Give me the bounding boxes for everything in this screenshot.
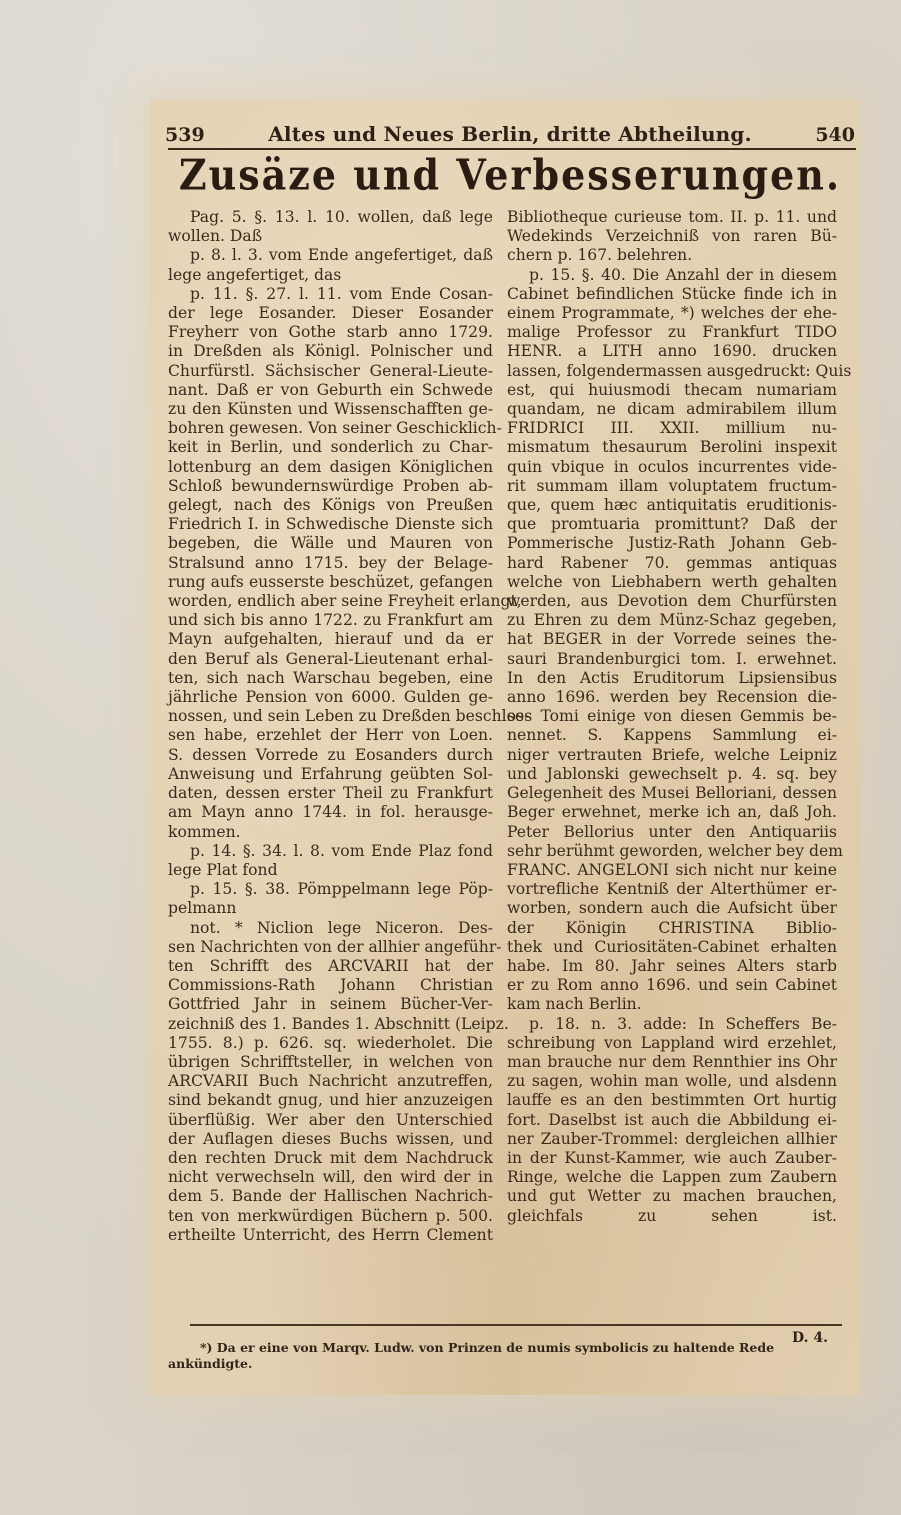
text-line: gleichfals zu sehen ist. [507,1207,837,1226]
text-line: ses Tomi einige von diesen Gemmis be- [507,707,837,726]
text-line: sauri Brandenburgici tom. I. erwehnet. [507,650,837,669]
text-line: Ringe, welche die Lappen zum Zaubern [507,1168,837,1187]
text-line: FRANC. ANGELONI sich nicht nur keine [507,861,837,880]
text-line: Schloß bewundernswürdige Proben ab- [168,477,493,496]
text-line: bohren gewesen. Von seiner Geschicklich- [168,419,493,438]
text-line: anno 1696. werden bey Recension die- [507,688,837,707]
right-page-number: 540 [815,124,855,146]
text-line: pelmann [168,899,493,918]
text-line: sen Nachrichten von der allhier angeführ… [168,938,493,957]
text-line: p. 15. §. 40. Die Anzahl der in diesem [507,266,837,285]
text-line: dem 5. Bande der Hallischen Nachrich- [168,1187,493,1206]
text-line: zu den Künsten und Wissenschafften ge- [168,400,493,419]
text-line: nicht verwechseln will, den wird der in [168,1168,493,1187]
text-line: ten Schrifft des ARCVARII hat der [168,957,493,976]
text-line: rit summam illam voluptatem fructum- [507,477,837,496]
text-line: hard Rabener 70. gemmas antiquas [507,554,837,573]
text-line: übrigen Schrifftsteller, in welchen von [168,1053,493,1072]
text-line: chern p. 167. belehren. [507,246,837,265]
text-line: kam nach Berlin. [507,995,837,1014]
running-title: Altes und Neues Berlin, dritte Abtheilun… [268,122,752,146]
text-line: p. 11. §. 27. l. 11. vom Ende Cosan- [168,285,493,304]
text-line: worden, endlich aber seine Freyheit erla… [168,592,493,611]
text-line: HENR. a LITH anno 1690. drucken [507,342,837,361]
footnote-rule [190,1324,842,1326]
text-line: einem Programmate, *) welches der ehe- [507,304,837,323]
text-line: lege Plat fond [168,861,493,880]
text-line: vortrefliche Kentniß der Alterthümer er- [507,880,837,899]
text-line: ten von merkwürdigen Büchern p. 500. [168,1207,493,1226]
text-line: kommen. [168,823,493,842]
text-line: sind bekandt gnug, und hier anzuzeigen [168,1091,493,1110]
text-line: lottenburg an dem dasigen Königlichen [168,458,493,477]
text-line: Cabinet befindlichen Stücke finde ich in [507,285,837,304]
text-line: gelegt, nach des Königs von Preußen [168,496,493,515]
text-line: worben, sondern auch die Aufsicht über [507,899,837,918]
text-line: Stralsund anno 1715. bey der Belage- [168,554,493,573]
text-line: est, qui huiusmodi thecam numariam [507,381,837,400]
text-line: Friedrich I. in Schwedische Dienste sich [168,515,493,534]
text-line: lassen, folgendermassen ausgedruckt: Qui… [507,362,837,381]
text-line: S. dessen Vorrede zu Eosanders durch [168,746,493,765]
section-title: Zusäze und Verbesserungen. [160,150,860,200]
text-line: den rechten Druck mit dem Nachdruck [168,1149,493,1168]
text-line: ertheilte Unterricht, des Herrn Clement [168,1226,493,1245]
text-line: schreibung von Lappland wird erzehlet, [507,1034,837,1053]
text-line: wollen. Daß [168,227,493,246]
text-line: nant. Daß er von Geburth ein Schwede [168,381,493,400]
text-line: und gut Wetter zu machen brauchen, [507,1187,837,1206]
text-line: lege angefertiget, das [168,266,493,285]
text-line: in der Kunst-Kammer, wie auch Zauber- [507,1149,837,1168]
text-line: nennet. S. Kappens Sammlung ei- [507,726,837,745]
text-line: begeben, die Wälle und Mauren von [168,534,493,553]
text-line: jährliche Pension von 6000. Gulden ge- [168,688,493,707]
text-line: sehr berühmt geworden, welcher bey dem [507,842,837,861]
text-line: der Königin CHRISTINA Biblio- [507,919,837,938]
text-line: Wedekinds Verzeichniß von raren Bü- [507,227,837,246]
text-line: p. 8. l. 3. vom Ende angefertiget, daß [168,246,493,265]
text-line: keit in Berlin, und sonderlich zu Char- [168,438,493,457]
text-line: malige Professor zu Frankfurt TIDO [507,323,837,342]
text-line: FRIDRICI III. XXII. millium nu- [507,419,837,438]
text-line: und sich bis anno 1722. zu Frankfurt am [168,611,493,630]
text-line: fort. Daselbst ist auch die Abbildung ei… [507,1111,837,1130]
text-line: niger vertrauten Briefe, welche Leipniz [507,746,837,765]
text-line: ARCVARII Buch Nachricht anzutreffen, [168,1072,493,1091]
text-line: Beger erwehnet, merke ich an, daß Joh. [507,803,837,822]
text-line: quin vbique in oculos incurrentes vide- [507,458,837,477]
text-line: Pag. 5. §. 13. l. 10. wollen, daß lege [168,208,493,227]
text-line: not. * Niclion lege Niceron. Des- [168,919,493,938]
text-line: man brauche nur dem Rennthier ins Ohr [507,1053,837,1072]
text-line: habe. Im 80. Jahr seines Alters starb [507,957,837,976]
text-line: am Mayn anno 1744. in fol. herausge- [168,803,493,822]
text-line: 1755. 8.) p. 626. sq. wiederholet. Die [168,1034,493,1053]
text-line: p. 14. §. 34. l. 8. vom Ende Plaz fond [168,842,493,861]
text-line: hat BEGER in der Vorrede seines the- [507,630,837,649]
text-line: welche von Liebhabern werth gehalten [507,573,837,592]
text-line: ten, sich nach Warschau begeben, eine [168,669,493,688]
text-line: Freyherr von Gothe starb anno 1729. [168,323,493,342]
text-line: Gottfried Jahr in seinem Bücher-Ver- [168,995,493,1014]
text-line: in Dreßden als Königl. Polnischer und [168,342,493,361]
text-line: der lege Eosander. Dieser Eosander [168,304,493,323]
text-line: p. 15. §. 38. Pömppelmann lege Pöp- [168,880,493,899]
text-line: Pommerische Justiz-Rath Johann Geb- [507,534,837,553]
text-line: Peter Bellorius unter den Antiquariis [507,823,837,842]
text-line: rung aufs eusserste beschüzet, gefangen [168,573,493,592]
text-line: werden, aus Devotion dem Churfürsten [507,592,837,611]
footnote-line-2: ankündigte. [168,1356,838,1372]
text-line: ner Zauber-Trommel: dergleichen allhier [507,1130,837,1149]
text-line: Commissions-Rath Johann Christian [168,976,493,995]
text-line: sen habe, erzehlet der Herr von Loen. [168,726,493,745]
footnote-line-1: *) Da er eine von Marqv. Ludw. von Prinz… [168,1340,838,1356]
text-line: quandam, ne dicam admirabilem illum [507,400,837,419]
text-line: In den Actis Eruditorum Lipsiensibus [507,669,837,688]
text-line: Bibliotheque curieuse tom. II. p. 11. un… [507,208,837,227]
text-line: que promtuaria promittunt? Daß der [507,515,837,534]
text-line: überflüßig. Wer aber den Unterschied [168,1111,493,1130]
text-line: daten, dessen erster Theil zu Frankfurt [168,784,493,803]
text-line: der Auflagen dieses Buchs wissen, und [168,1130,493,1149]
text-line: lauffe es an den bestimmten Ort hurtig [507,1091,837,1110]
text-line: Anweisung und Erfahrung geübten Sol- [168,765,493,784]
text-line: Mayn aufgehalten, hierauf und da er [168,630,493,649]
text-line: zu sagen, wohin man wolle, und alsdenn [507,1072,837,1091]
text-line: nossen, und sein Leben zu Dreßden beschl… [168,707,493,726]
left-page-number: 539 [165,124,205,146]
running-head: 539 Altes und Neues Berlin, dritte Abthe… [165,112,855,146]
text-line: Gelegenheit des Musei Belloriani, dessen [507,784,837,803]
text-line: mismatum thesaurum Berolini inspexit [507,438,837,457]
text-line: er zu Rom anno 1696. und sein Cabinet [507,976,837,995]
text-line: Churfürstl. Sächsischer General-Lieute- [168,362,493,381]
footnote: *) Da er eine von Marqv. Ludw. von Prinz… [168,1340,838,1372]
right-column: Bibliotheque curieuse tom. II. p. 11. un… [507,208,837,1226]
text-line: que, quem hæc antiquitatis eruditionis- [507,496,837,515]
text-line: und Jablonski gewechselt p. 4. sq. bey [507,765,837,784]
left-column: Pag. 5. §. 13. l. 10. wollen, daß legewo… [168,208,493,1245]
text-line: thek und Curiositäten-Cabinet erhalten [507,938,837,957]
text-line: zu Ehren zu dem Münz-Schaz gegeben, [507,611,837,630]
text-line: p. 18. n. 3. adde: In Scheffers Be- [507,1015,837,1034]
text-line: den Beruf als General-Lieutenant erhal- [168,650,493,669]
text-line: zeichniß des 1. Bandes 1. Abschnitt (Lei… [168,1015,493,1034]
